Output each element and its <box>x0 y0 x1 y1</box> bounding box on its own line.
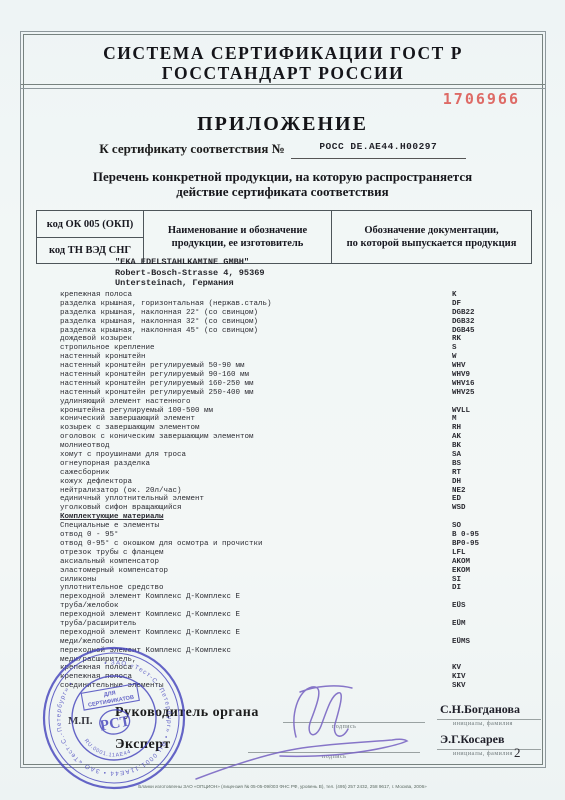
product-row: оголовок с коническим завершающим элемен… <box>60 433 538 442</box>
subtitle-line1: Перечень конкретной продукции, на котору… <box>0 169 565 184</box>
product-code: RH <box>452 424 461 432</box>
product-name: эластомерный компенсатор <box>60 567 168 575</box>
product-row: разделка крышная, горизонтальная (нержав… <box>60 300 538 309</box>
head-signature-caption: подпись <box>332 724 356 730</box>
product-name: разделка крышная, наклонная 22° (со свин… <box>60 309 258 317</box>
product-row: удлиняющий элемент настенного <box>60 398 538 407</box>
product-row: труба/расширительEÜM <box>60 620 538 629</box>
product-code: M <box>452 415 457 423</box>
product-name: настенный кронштейн регулируемый 250-400… <box>60 389 254 397</box>
product-name: отвод 0-95° с окошком для осмотра и проч… <box>60 540 263 548</box>
subtitle-line2: действие сертификата соответствия <box>0 184 565 199</box>
product-code: EÜM <box>452 620 466 628</box>
product-section-row: Комплектующие материалы <box>60 513 538 522</box>
product-row: настенный кронштейн регулируемый 160-250… <box>60 380 538 389</box>
certification-system-line1: СИСТЕМА СЕРТИФИКАЦИИ ГОСТ Р <box>21 43 545 64</box>
product-code: WHV25 <box>452 389 475 397</box>
product-name: уплотнительное средство <box>60 584 164 592</box>
product-row: крепежная полосаK <box>60 291 538 300</box>
product-name: разделка крышная, наклонная 45° (со свин… <box>60 327 258 335</box>
okp-code-cell: код ОК 005 (ОКП) <box>37 211 143 238</box>
product-code: DGB45 <box>452 327 475 335</box>
product-row: переходной элемент Комплекс Д-Комплекс Е <box>60 611 538 620</box>
rst-logo: РСТ <box>99 713 132 734</box>
manufacturer-street: Robert-Bosch-Strasse 4, 95369 <box>115 268 265 279</box>
product-row: разделка крышная, наклонная 22° (со свин… <box>60 309 538 318</box>
product-name: переходной элемент Комплекс Д-Комплекс Е <box>60 611 240 619</box>
round-stamp: • ЗАО «Тест-С.-Петербург» • RU.0001.11АЕ… <box>36 640 192 796</box>
product-code: B 0-95 <box>452 531 479 539</box>
product-name: дождевой козырек <box>60 335 132 343</box>
certificate-number: РОСС DE.AE44.H00297 <box>319 141 437 152</box>
product-row: эластомерный компенсаторEKOM <box>60 567 538 576</box>
product-name: сажесборник <box>60 469 110 477</box>
product-name: отвод 0 - 95° <box>60 531 119 539</box>
page-number: 2 <box>514 745 521 761</box>
head-signature-line <box>283 722 425 723</box>
product-code: BS <box>452 460 461 468</box>
product-code: KV <box>452 664 461 672</box>
documentation-header-line1: Обозначение документации, <box>364 224 498 237</box>
product-name: крепежная полоса <box>60 291 132 299</box>
product-name-header-line2: продукции, ее изготовитель <box>172 237 304 250</box>
product-name-header-line1: Наименование и обозначение <box>168 224 307 237</box>
product-code: S <box>452 344 457 352</box>
product-code: WHV <box>452 362 466 370</box>
expert-name-line <box>437 749 541 750</box>
product-row: сажесборникRT <box>60 469 538 478</box>
product-code: WVLL <box>452 407 470 415</box>
product-code: BK <box>452 442 461 450</box>
product-code: W <box>452 353 457 361</box>
product-row: отвод 0 - 95°B 0-95 <box>60 531 538 540</box>
product-name: настенный кронштейн регулируемый 90-160 … <box>60 371 249 379</box>
product-code: EÜMS <box>452 638 470 646</box>
certificate-line: К сертификату соответствия №РОСС DE.AE44… <box>0 140 565 159</box>
product-code: EÜS <box>452 602 466 610</box>
product-row: хомут с проушинами для тросаSA <box>60 451 538 460</box>
product-row: переходной элемент Комплекс Д-Комплекс Е <box>60 629 538 638</box>
expert-name-caption: инициалы, фамилия <box>453 751 513 757</box>
product-name: переходной элемент Комплекс Д-Комплекс Е <box>60 593 240 601</box>
product-row: огнеупорная разделкаBS <box>60 460 538 469</box>
manufacturer-name: "EKA EDELSTAHLKAMINE GMBH" <box>115 257 265 268</box>
product-row: кожух дефлектораDH <box>60 478 538 487</box>
product-code: AK <box>452 433 461 441</box>
product-row: уголковый сифон вращающийсяWSD <box>60 504 538 513</box>
product-name: козырек с завершающим элементом <box>60 424 200 432</box>
certificate-number-field: РОСС DE.AE44.H00297 <box>291 140 466 159</box>
product-name: аксиальный компенсатор <box>60 558 159 566</box>
product-list: крепежная полосаKразделка крышная, гориз… <box>60 291 538 691</box>
product-name: переходной элемент Комплекс Д-Комплекс Е <box>60 629 240 637</box>
header-divider <box>21 84 545 89</box>
manufacturer-block: "EKA EDELSTAHLKAMINE GMBH"Robert-Bosch-S… <box>115 257 265 289</box>
product-row: силиконыSI <box>60 576 538 585</box>
product-code: EKOM <box>452 567 470 575</box>
certificate-label: К сертификату соответствия № <box>99 141 285 156</box>
product-name: хомут с проушинами для троса <box>60 451 186 459</box>
head-name: С.Н.Богданова <box>440 702 520 717</box>
manufacturer-city: Untersteinach, Германия <box>115 278 265 289</box>
product-code: WHV9 <box>452 371 470 379</box>
head-name-caption: инициалы, фамилия <box>453 721 513 727</box>
product-name: кожух дефлектора <box>60 478 132 486</box>
product-name: настенный кронштейн регулируемый 160-250… <box>60 380 254 388</box>
product-code: WSD <box>452 504 466 512</box>
product-row: переходной элемент Комплекс Д-Комплекс Е <box>60 593 538 602</box>
product-name: труба/расширитель <box>60 620 137 628</box>
subtitle: Перечень конкретной продукции, на котору… <box>0 169 565 199</box>
product-row: козырек с завершающим элементомRH <box>60 424 538 433</box>
product-code: NE2 <box>452 487 466 495</box>
product-code: DGB32 <box>452 318 475 326</box>
product-code: RK <box>452 335 461 343</box>
product-code: DF <box>452 300 461 308</box>
code-column: код ОК 005 (ОКП) код ТН ВЭД СНГ <box>37 211 144 263</box>
product-code: DH <box>452 478 461 486</box>
product-code: KIV <box>452 673 466 681</box>
product-name: разделка крышная, горизонтальная (нержав… <box>60 300 272 308</box>
head-name-line <box>437 719 541 720</box>
product-name: молниеотвод <box>60 442 110 450</box>
product-row: отвод 0-95° с окошком для осмотра и проч… <box>60 540 538 549</box>
certification-system-line2: ГОССТАНДАРТ РОССИИ <box>21 63 545 84</box>
product-name: конический завершающий элемент <box>60 415 195 423</box>
product-name: Комплектующие материалы <box>60 513 164 521</box>
product-name: кронштейна регулируемый 100-500 мм <box>60 407 213 415</box>
documentation-column-header: Обозначение документации, по которой вып… <box>332 211 531 263</box>
product-row: отрезок трубы с фланцемLFL <box>60 549 538 558</box>
product-name: Специальные е элементы <box>60 522 159 530</box>
product-name: разделка крышная, наклонная 32° (со свин… <box>60 318 258 326</box>
product-code: BP0-95 <box>452 540 479 548</box>
documentation-header-line2: по которой выпускается продукция <box>347 237 517 250</box>
product-code: K <box>452 291 457 299</box>
product-name: уголковый сифон вращающийся <box>60 504 182 512</box>
product-row: аксиальный компенсаторAKOM <box>60 558 538 567</box>
serial-number: 1706966 <box>443 90 520 108</box>
page-title: ПРИЛОЖЕНИЕ <box>0 113 565 136</box>
product-code: AKOM <box>452 558 470 566</box>
product-table-header: код ОК 005 (ОКП) код ТН ВЭД СНГ Наименов… <box>36 210 532 264</box>
expert-signature-caption: подпись <box>322 754 346 760</box>
product-code: SKV <box>452 682 466 690</box>
product-name: отрезок трубы с фланцем <box>60 549 164 557</box>
product-row: настенный кронштейн регулируемый 90-160 … <box>60 371 538 380</box>
product-row: труба/желобокEÜS <box>60 602 538 611</box>
product-name: оголовок с коническим завершающим элемен… <box>60 433 254 441</box>
product-code: RT <box>452 469 461 477</box>
product-name: нейтрализатор (ок. 20л/час) <box>60 487 182 495</box>
product-row: разделка крышная, наклонная 32° (со свин… <box>60 318 538 327</box>
product-row: настенный кронштейнW <box>60 353 538 362</box>
product-code: LFL <box>452 549 466 557</box>
product-name-column-header: Наименование и обозначение продукции, ее… <box>144 211 332 263</box>
product-name: удлиняющий элемент настенного <box>60 398 191 406</box>
expert-signature-line <box>248 752 420 753</box>
product-name: настенный кронштейн <box>60 353 146 361</box>
product-code: ED <box>452 495 461 503</box>
product-row: стропильное креплениеS <box>60 344 538 353</box>
product-row: настенный кронштейн регулируемый 250-400… <box>60 389 538 398</box>
product-name: огнеупорная разделка <box>60 460 150 468</box>
product-row: дождевой козырекRK <box>60 335 538 344</box>
product-name: стропильное крепление <box>60 344 155 352</box>
product-name: единичный уплотнительный элемент <box>60 495 204 503</box>
product-code: SO <box>452 522 461 530</box>
product-name: труба/желобок <box>60 602 119 610</box>
product-name: силиконы <box>60 576 96 584</box>
product-row: Специальные е элементыSO <box>60 522 538 531</box>
product-row: уплотнительное средствоDI <box>60 584 538 593</box>
product-code: DGB22 <box>452 309 475 317</box>
product-row: молниеотводBK <box>60 442 538 451</box>
product-row: конический завершающий элементM <box>60 415 538 424</box>
product-row: настенный кронштейн регулируемый 50-90 м… <box>60 362 538 371</box>
product-code: WHV16 <box>452 380 475 388</box>
expert-name: Э.Г.Косарев <box>440 732 504 747</box>
product-code: DI <box>452 584 461 592</box>
product-code: SI <box>452 576 461 584</box>
product-code: SA <box>452 451 461 459</box>
product-name: настенный кронштейн регулируемый 50-90 м… <box>60 362 245 370</box>
